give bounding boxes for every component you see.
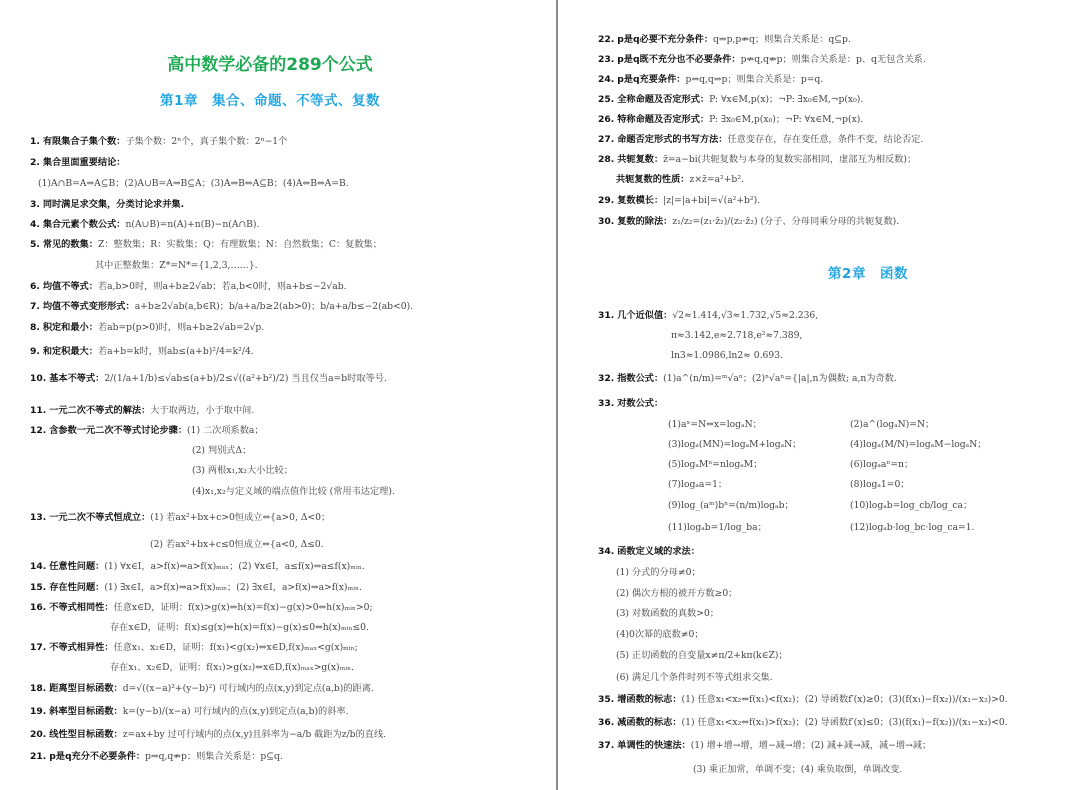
item-label: 特称命题及否定形式： (617, 114, 709, 125)
item-formula: (2) 偶次方根的被开方数≥0； (616, 588, 737, 599)
item-formula: z=ax+by 过可行域内的点(x,y)且斜率为−a/b 截距为z/b的直线. (123, 729, 386, 740)
formula-line: 6. 均值不等式：若a,b>0时，则a+b≥2√ab；若a,b<0时，则a+b≤… (30, 280, 347, 293)
formula-line: 20. 线性型目标函数：z=ax+by 过可行域内的点(x,y)且斜率为−a/b… (30, 728, 386, 741)
item-formula: 若ab=p(p>0)时，则a+b≥2√ab=2√p. (98, 322, 264, 333)
item-formula: 2/(1/a+1/b)≤√ab≤(a+b)/2≤√((a²+b²)/2) 当且仅… (104, 373, 386, 384)
formula-line: (1) 分式的分母≠0； (616, 566, 701, 579)
item-formula: q⇒p,p⇏q；则集合关系是：q⊆p. (713, 34, 851, 45)
formula-line: 29. 复数模长：|z|=|a+bi|=√(a²+b²). (598, 194, 760, 207)
log-formula: (10)logₐb=log_cb/log_ca； (850, 499, 972, 512)
formula-line: 24. p是q充要条件：p⇒q,q⇒p；则集合关系是：p=q. (598, 73, 823, 86)
item-label: 复数模长： (617, 195, 663, 206)
item-label: 基本不等式： (49, 373, 104, 384)
item-formula: (6) 满足几个条件时列不等式组求交集. (616, 672, 773, 683)
item-label: 单调性的快速法： (617, 740, 691, 751)
item-formula: (1) 任意x₁<x₂⇔f(x₁)>f(x₂)；(2) 导函数f′(x)≤0；(… (682, 717, 1008, 728)
item-formula: 若a+b=k时，则ab≤(a+b)²/4=k²/4. (98, 346, 254, 357)
log-formula: (3)logₐ(MN)=logₐM+logₐN； (668, 438, 801, 451)
item-label: 距离型目标函数： (49, 683, 123, 694)
formula-line: (5) 正切函数的自变量x≠π/2+kπ(k∈Z)； (616, 649, 788, 662)
item-formula: a+b≥2√ab(a,b∈R)；b/a+a/b≥2(ab>0)；b/a+a/b≤… (135, 301, 413, 312)
item-number: 2. (30, 157, 40, 168)
item-label: 有限集合子集个数： (43, 136, 126, 147)
formula-line: 4. 集合元素个数公式：n(A∪B)=n(A)+n(B)−n(A∩B). (30, 218, 259, 231)
item-number: 26. (598, 114, 614, 125)
item-formula: (1) 二次项系数a； (187, 425, 264, 436)
formula-line: 36. 减函数的标志：(1) 任意x₁<x₂⇔f(x₁)>f(x₂)；(2) 导… (598, 716, 1008, 729)
formula-line: 7. 均值不等式变形形式：a+b≥2√ab(a,b∈R)；b/a+a/b≥2(a… (30, 300, 413, 313)
item-label: p是q充要条件： (617, 74, 685, 85)
item-formula: p⇒q,q⇏p；则集合关系是：p⊆q. (145, 751, 283, 762)
formula-line: 15. 存在性问题：(1) ∃x∈I，a>f(x)⇒a>f(x)ₘᵢₙ；(2) … (30, 581, 362, 594)
formula-line: (2) 若ax²+bx+c≤0恒成立⇔{a<0, Δ≤0. (150, 538, 324, 551)
item-formula: z×z̄=a²+b². (690, 174, 744, 185)
item-number: 6. (30, 281, 40, 292)
formula-line: 34. 函数定义域的求法： (598, 545, 700, 558)
item-formula: Z：整数集；R：实数集；Q：有理数集；N：自然数集；C：复数集； (98, 239, 382, 250)
item-formula: (1) 增+增→增，增−减→增；(2) 减+减→减，减−增→减； (691, 740, 931, 751)
formula-line: 30. 复数的除法：z₁/z₂=(z₁·z̄₂)/(z₂·z̄₂) (分子、分母… (598, 215, 899, 228)
item-number: 11. (30, 405, 46, 416)
formula-line: 17. 不等式相异性：任意x₁、x₂∈D，证明：f(x₁)<g(x₂)⇔x∈D,… (30, 641, 358, 654)
item-formula: (1) ∃x∈I，a>f(x)⇒a>f(x)ₘᵢₙ；(2) ∃x∈I，a>f(x… (104, 582, 362, 593)
formula-line: 32. 指数公式：(1)a^(n/m)=ᵐ√aⁿ；(2)ⁿ√aⁿ={|a|,n为… (598, 372, 897, 385)
log-formula: (9)log_(aᵐ)bⁿ=(n/m)logₐb； (668, 499, 794, 512)
item-label: 函数定义域的求法： (617, 546, 700, 557)
item-number: 14. (30, 561, 46, 572)
item-formula: p⇒q,q⇒p；则集合关系是：p=q. (685, 74, 823, 85)
item-number: 12. (30, 425, 46, 436)
item-label: 复数的除法： (617, 216, 672, 227)
item-label: 不等式相异性： (49, 642, 113, 653)
log-formula: (8)logₐ1=0； (850, 478, 910, 491)
formula-line: 23. p是q既不充分也不必要条件：p⇏q,q⇏p；则集合关系是：p、q无包含关… (598, 53, 926, 66)
item-label: p是q必要不充分条件： (617, 34, 713, 45)
item-number: 23. (598, 54, 614, 65)
item-formula: (5) 正切函数的自变量x≠π/2+kπ(k∈Z)； (616, 650, 788, 661)
formula-line: 存在x∈D，证明：f(x)≤g(x)⇔h(x)=f(x)−g(x)≤0⇔h(x)… (110, 621, 369, 634)
item-formula: (3) 乘正加常，单调不变；(4) 乘负取倒，单调改变. (693, 764, 902, 775)
item-formula: 若a,b>0时，则a+b≥2√ab；若a,b<0时，则a+b≤−2√ab. (98, 281, 347, 292)
formula-line: (3) 对数函数的真数>0； (616, 607, 719, 620)
formula-line: 21. p是q充分不必要条件：p⇒q,q⇏p；则集合关系是：p⊆q. (30, 750, 283, 763)
item-number: 9. (30, 346, 40, 357)
item-formula: 存在x∈D，证明：f(x)≤g(x)⇔h(x)=f(x)−g(x)≤0⇔h(x)… (110, 622, 369, 633)
item-formula: 其中正整数集：Z*=N*={1,2,3,……}. (95, 260, 258, 271)
formula-line: 8. 积定和最小：若ab=p(p>0)时，则a+b≥2√ab=2√p. (30, 321, 264, 334)
formula-line: 25. 全称命题及否定形式：P: ∀x∈M,p(x)；¬P: ∃x₀∈M,¬p(… (598, 93, 863, 106)
item-label: 积定和最小： (43, 322, 98, 333)
item-formula: P: ∀x∈M,p(x)；¬P: ∃x₀∈M,¬p(x₀). (709, 94, 863, 105)
item-number: 21. (30, 751, 46, 762)
item-number: 4. (30, 219, 40, 230)
item-number: 27. (598, 134, 614, 145)
item-number: 25. (598, 94, 614, 105)
item-label: 增函数的标志： (617, 694, 681, 705)
formula-line: 10. 基本不等式：2/(1/a+1/b)≤√ab≤(a+b)/2≤√((a²+… (30, 372, 387, 385)
formula-line: (2) 偶次方根的被开方数≥0； (616, 587, 737, 600)
formula-line: (3) 乘正加常，单调不变；(4) 乘负取倒，单调改变. (693, 763, 902, 776)
item-formula: (1) 若ax²+bx+c>0恒成立⇔{a>0, Δ<0； (150, 512, 330, 523)
formula-line: (2) 判别式Δ； (192, 444, 251, 457)
log-formula: (6)logₐaⁿ=n； (850, 458, 913, 471)
item-label: 几个近似值： (617, 310, 672, 321)
item-number: 8. (30, 322, 40, 333)
chapter-1-heading: 第1章 集合、命题、不等式、复数 (0, 89, 540, 109)
item-formula: (3) 对数函数的真数>0； (616, 608, 719, 619)
formula-line: 共轭复数的性质：z×z̄=a²+b². (616, 173, 744, 186)
formula-line: 2. 集合里面重要结论： (30, 156, 126, 169)
item-formula: n(A∪B)=n(A)+n(B)−n(A∩B). (126, 219, 260, 230)
item-formula: 子集个数：2ⁿ个，真子集个数：2ⁿ−1个 (126, 136, 288, 147)
item-number: 24. (598, 74, 614, 85)
item-label: 集合里面重要结论： (43, 157, 126, 168)
item-formula: d=√((x−a)²+(y−b)²) 可行域内的点(x,y)到定点(a,b)的距… (123, 683, 374, 694)
formula-line: (4)x₁,x₂与定义域的端点值作比较 (常用韦达定理). (192, 485, 395, 498)
item-number: 3. (30, 199, 40, 210)
formula-line: 14. 任意性问题：(1) ∀x∈I，a>f(x)⇒a>f(x)ₘₐₓ；(2) … (30, 560, 365, 573)
formula-line: 35. 增函数的标志：(1) 任意x₁<x₂⇔f(x₁)<f(x₂)；(2) 导… (598, 693, 1008, 706)
formula-line: 5. 常见的数集：Z：整数集；R：实数集；Q：有理数集；N：自然数集；C：复数集… (30, 238, 382, 251)
item-formula: 任意变存在，存在变任意，条件不变，结论否定. (727, 134, 923, 145)
item-label: 常见的数集： (43, 239, 98, 250)
item-label: 一元二次不等式的解法： (49, 405, 150, 416)
formula-line: 31. 几个近似值：√2≈1.414,√3≈1.732,√5≈2.236, (598, 309, 818, 322)
formula-line: 37. 单调性的快速法：(1) 增+增→增，增−减→增；(2) 减+减→减，减−… (598, 739, 931, 752)
item-label: 不等式相同性： (49, 602, 113, 613)
item-formula: z₁/z₂=(z₁·z̄₂)/(z₂·z̄₂) (分子、分母同乘分母的共轭复数)… (672, 216, 899, 227)
item-number: 1. (30, 136, 40, 147)
formula-line: 3. 同时满足求交集，分类讨论求并集. (30, 198, 184, 211)
item-formula: (1)a^(n/m)=ᵐ√aⁿ；(2)ⁿ√aⁿ={|a|,n为偶数; a,n为奇… (663, 373, 897, 384)
formula-line: 19. 斜率型目标函数：k=(y−b)/(x−a) 可行域内的点(x,y)到定点… (30, 705, 349, 718)
formula-line: 1. 有限集合子集个数：子集个数：2ⁿ个，真子集个数：2ⁿ−1个 (30, 135, 287, 148)
formula-line: 26. 特称命题及否定形式：P: ∃x₀∈M,p(x₀)；¬P: ∀x∈M,¬p… (598, 113, 863, 126)
item-label: 存在性问题： (49, 582, 104, 593)
left-page: 高中数学必备的289个公式 第1章 集合、命题、不等式、复数 1. 有限集合子集… (0, 0, 557, 790)
log-formula: (11)logₐb=1/log_ba； (668, 521, 767, 534)
item-label: 和定积最大： (43, 346, 98, 357)
item-number: 35. (598, 694, 614, 705)
item-formula: √2≈1.414,√3≈1.732,√5≈2.236, (672, 310, 818, 321)
item-number: 34. (598, 546, 614, 557)
item-formula: (4)x₁,x₂与定义域的端点值作比较 (常用韦达定理). (192, 486, 395, 497)
chapter-2-heading: 第2章 函数 (738, 262, 998, 282)
item-number: 29. (598, 195, 614, 206)
item-number: 20. (30, 729, 46, 740)
item-number: 28. (598, 154, 614, 165)
item-formula: (1)A∩B=A⇒A⊆B；(2)A∪B=A⇒B⊆A；(3)A⇒B⇔A⊆B；(4)… (38, 178, 349, 189)
item-number: 30. (598, 216, 614, 227)
item-number: 33. (598, 398, 614, 409)
document-title: 高中数学必备的289个公式 (0, 50, 540, 75)
item-number: 7. (30, 301, 40, 312)
formula-line: 27. 命题否定形式的书写方法：任意变存在，存在变任意，条件不变，结论否定. (598, 133, 923, 146)
formula-line: 12. 含参数一元二次不等式讨论步骤：(1) 二次项系数a； (30, 424, 264, 437)
item-number: 37. (598, 740, 614, 751)
item-formula: z̄=a−bi(共轭复数与本身的复数实部相同，虚部互为相反数)； (663, 154, 916, 165)
item-formula: 存在x₁、x₂∈D，证明：f(x₁)>g(x₂)⇔x∈D,f(x)ₘₐₓ>g(x… (110, 662, 354, 673)
formula-line: 13. 一元二次不等式恒成立：(1) 若ax²+bx+c>0恒成立⇔{a>0, … (30, 511, 330, 524)
log-formula: (7)logₐa=1； (668, 478, 727, 491)
item-label: 斜率型目标函数： (49, 706, 123, 717)
formula-line: 18. 距离型目标函数：d=√((x−a)²+(y−b)²) 可行域内的点(x,… (30, 682, 374, 695)
formula-line: (1)A∩B=A⇒A⊆B；(2)A∪B=A⇒B⊆A；(3)A⇒B⇔A⊆B；(4)… (38, 177, 349, 190)
item-number: 15. (30, 582, 46, 593)
formula-line: 28. 共轭复数：z̄=a−bi(共轭复数与本身的复数实部相同，虚部互为相反数)… (598, 153, 916, 166)
item-formula: (4)0次幂的底数≠0； (616, 629, 704, 640)
log-formula: (4)logₐ(M/N)=logₐM−logₐN； (850, 438, 986, 451)
item-formula: 大于取两边，小于取中间. (150, 405, 254, 416)
item-formula: (1) 分式的分母≠0； (616, 567, 701, 578)
item-label: 全称命题及否定形式： (617, 94, 709, 105)
right-page: 第2章 函数 22. p是q必要不充分条件：q⇒p,p⇏q；则集合关系是：q⊆p… (558, 0, 1082, 790)
item-label: 对数公式： (617, 398, 663, 409)
item-label: 一元二次不等式恒成立： (49, 512, 150, 523)
item-label: 命题否定形式的书写方法： (617, 134, 727, 145)
item-formula: (1) ∀x∈I，a>f(x)⇒a>f(x)ₘₐₓ；(2) ∀x∈I，a≤f(x… (104, 561, 364, 572)
log-formula: (2)a^(logₐN)=N； (850, 418, 934, 431)
item-formula: (1) 任意x₁<x₂⇔f(x₁)<f(x₂)；(2) 导函数f′(x)≥0；(… (682, 694, 1008, 705)
item-formula: (2) 判别式Δ； (192, 445, 251, 456)
item-formula: 任意x₁、x₂∈D，证明：f(x₁)<g(x₂)⇔x∈D,f(x)ₘₐₓ<g(x… (114, 642, 358, 653)
item-label: p是q既不充分也不必要条件： (617, 54, 740, 65)
item-label: 线性型目标函数： (49, 729, 123, 740)
formula-line: 22. p是q必要不充分条件：q⇒p,p⇏q；则集合关系是：q⊆p. (598, 33, 851, 46)
item-label: p是q充分不必要条件： (49, 751, 145, 762)
item-number: 16. (30, 602, 46, 613)
item-number: 31. (598, 310, 614, 321)
item-label: 指数公式： (617, 373, 663, 384)
formula-line: 9. 和定积最大：若a+b=k时，则ab≤(a+b)²/4=k²/4. (30, 345, 254, 358)
formula-line: 11. 一元二次不等式的解法：大于取两边，小于取中间. (30, 404, 254, 417)
item-formula: k=(y−b)/(x−a) 可行域内的点(x,y)到定点(a,b)的斜率. (123, 706, 349, 717)
item-label: 含参数一元二次不等式讨论步骤： (49, 425, 187, 436)
formula-line: (4)0次幂的底数≠0； (616, 628, 704, 641)
item-formula: p⇏q,q⇏p；则集合关系是：p、q无包含关系. (741, 54, 926, 65)
item-number: 13. (30, 512, 46, 523)
item-formula: 任意x∈D，证明：f(x)>g(x)⇔h(x)=f(x)−g(x)>0⇔h(x)… (114, 602, 373, 613)
formula-line: 33. 对数公式： (598, 397, 663, 410)
formula-line: ln3≈1.0986,ln2≈ 0.693. (671, 349, 783, 362)
item-number: 32. (598, 373, 614, 384)
formula-line: (3) 两根x₁,x₂大小比较； (192, 464, 293, 477)
log-formula: (5)logₐMⁿ=nlogₐM； (668, 458, 762, 471)
item-formula: (2) 若ax²+bx+c≤0恒成立⇔{a<0, Δ≤0. (150, 539, 324, 550)
item-formula: |z|=|a+bi|=√(a²+b²). (663, 195, 760, 206)
item-label: 共轭复数： (617, 154, 663, 165)
log-formula: (12)logₐb·log_bc·log_ca=1. (850, 521, 974, 534)
item-label: 任意性问题： (49, 561, 104, 572)
formula-line: 16. 不等式相同性：任意x∈D，证明：f(x)>g(x)⇔h(x)=f(x)−… (30, 601, 373, 614)
item-number: 19. (30, 706, 46, 717)
item-label: 均值不等式变形形式： (43, 301, 135, 312)
item-label: 集合元素个数公式： (43, 219, 126, 230)
item-number: 22. (598, 34, 614, 45)
item-formula: π≈3.142,e≈2.718,e²≈7.389, (671, 330, 802, 341)
log-formula: (1)aˣ=N⇔x=logₐN； (668, 418, 762, 431)
item-label: 同时满足求交集，分类讨论求并集. (43, 199, 184, 210)
item-number: 18. (30, 683, 46, 694)
item-number: 5. (30, 239, 40, 250)
item-label: 共轭复数的性质： (616, 174, 690, 185)
formula-line: (6) 满足几个条件时列不等式组求交集. (616, 671, 773, 684)
formula-line: 存在x₁、x₂∈D，证明：f(x₁)>g(x₂)⇔x∈D,f(x)ₘₐₓ>g(x… (110, 661, 354, 674)
item-number: 36. (598, 717, 614, 728)
item-formula: ln3≈1.0986,ln2≈ 0.693. (671, 350, 783, 361)
item-label: 减函数的标志： (617, 717, 681, 728)
formula-line: 其中正整数集：Z*=N*={1,2,3,……}. (95, 259, 258, 272)
item-number: 17. (30, 642, 46, 653)
item-number: 10. (30, 373, 46, 384)
item-formula: (3) 两根x₁,x₂大小比较； (192, 465, 293, 476)
item-formula: P: ∃x₀∈M,p(x₀)；¬P: ∀x∈M,¬p(x). (709, 114, 863, 125)
formula-line: π≈3.142,e≈2.718,e²≈7.389, (671, 329, 802, 342)
item-label: 均值不等式： (43, 281, 98, 292)
